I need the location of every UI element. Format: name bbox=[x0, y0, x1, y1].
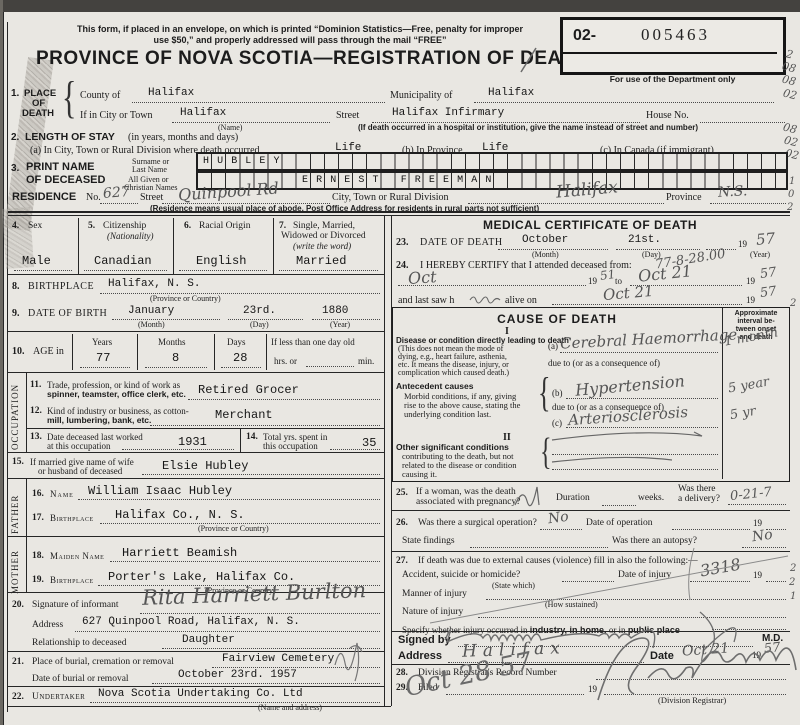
death-registration-form: This form, if placed in an envelope, on … bbox=[0, 0, 800, 725]
registrar-signature-scrawl bbox=[0, 0, 800, 725]
